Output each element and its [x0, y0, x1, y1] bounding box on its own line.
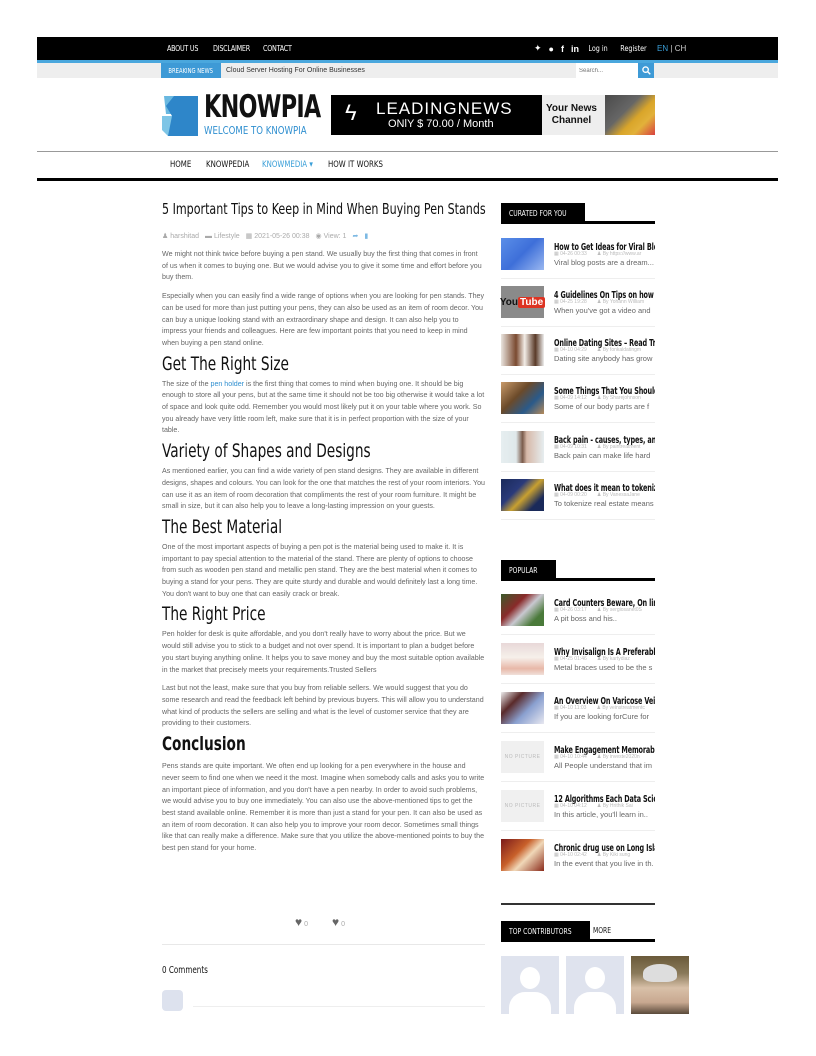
thumbnail — [501, 238, 544, 270]
comment-input-line[interactable] — [193, 1006, 485, 1007]
nav-knowpedia[interactable]: KNOWPEDIA — [206, 160, 250, 170]
thumbnail — [501, 839, 544, 871]
thumbnail-placeholder: NO PICTURE — [501, 741, 544, 773]
thumbnail — [501, 431, 544, 463]
thumbnail — [501, 643, 544, 675]
popular-item[interactable]: NO PICTURE Make Engagement Memorable Eve… — [501, 741, 655, 777]
thumbnail — [501, 594, 544, 626]
section-heading: The Best Material — [162, 516, 395, 538]
popular-item[interactable]: Why Invisalign Is A Preferable Choice ▦ … — [501, 643, 655, 679]
nav-home[interactable]: HOME — [170, 160, 198, 170]
section-heading: Conclusion — [162, 733, 395, 755]
top-right: ✦ ● f in Log in Register EN | CH — [534, 37, 686, 60]
contributor-avatar[interactable] — [566, 956, 624, 1014]
paragraph: One of the most important aspects of buy… — [162, 542, 485, 601]
paragraph: Pens stands are quite important. We ofte… — [162, 761, 485, 855]
breaking-news-bar: BREAKING NEWS Cloud Server Hosting For O… — [37, 63, 778, 78]
lightning-icon: ϟ — [345, 100, 357, 126]
ad-dark-panel: ϟ LEADINGNEWS ONlY $ 70.00 / Month — [331, 95, 542, 135]
thumbnail: YouTube — [501, 286, 544, 318]
register-link[interactable]: Register — [620, 44, 646, 53]
lang-separator: | — [670, 44, 672, 53]
section-heading: Get The Right Size — [162, 353, 395, 375]
search-button[interactable] — [638, 63, 654, 78]
curated-item[interactable]: Back pain - causes, types, and treatment… — [501, 431, 655, 467]
nav-knowmedia[interactable]: KNOWMEDIA ▾ — [262, 160, 313, 170]
like-button[interactable]: ♥ 0 — [295, 915, 308, 929]
views: ◉ View: 1 — [316, 232, 347, 240]
nav-how-it-works[interactable]: HOW IT WORKS — [328, 160, 383, 170]
section-heading: Variety of Shapes and Designs — [162, 440, 395, 462]
search-input[interactable] — [576, 63, 638, 78]
popular-item[interactable]: An Overview On Varicose Veins ▦ 04-10 11… — [501, 692, 655, 728]
broken-heart-icon: ♥ — [332, 915, 339, 929]
curated-item[interactable]: YouTube 4 Guidelines On Tips on how to G… — [501, 286, 655, 322]
article: 5 Important Tips to Keep in Mind When Bu… — [162, 200, 485, 855]
telegram-icon[interactable]: ● — [549, 44, 554, 54]
article-meta: ♟ harshitad ▬ Lifestyle ▦ 2021-05-26 00:… — [162, 230, 485, 242]
login-link[interactable]: Log in — [588, 44, 607, 53]
twitter-icon[interactable]: ✦ — [534, 43, 542, 54]
calendar-icon: ▦ — [554, 251, 559, 257]
contributor-avatar[interactable] — [501, 956, 559, 1014]
comment-avatar — [162, 990, 183, 1011]
top-bar: ABOUT US DISCLAIMER CONTACT ✦ ● f in Log… — [37, 37, 778, 60]
curated-item[interactable]: Some Things That You Should Know ▦ 04-09… — [501, 382, 655, 418]
ad-light-panel: Your News Channel — [542, 95, 655, 135]
paragraph: The size of the pen holder is the first … — [162, 379, 485, 438]
linkedin-icon[interactable]: in — [571, 44, 579, 54]
contributor-avatar[interactable] — [631, 956, 689, 1014]
author[interactable]: ♟ harshitad — [162, 232, 199, 240]
calendar-icon: ▦ — [246, 233, 253, 240]
header-divider — [37, 151, 778, 152]
heart-icon: ♥ — [295, 915, 302, 929]
paragraph: Pen holder for desk is quite affordable,… — [162, 629, 485, 676]
breaking-news-headline[interactable]: Cloud Server Hosting For Online Business… — [226, 63, 365, 78]
category[interactable]: ▬ Lifestyle — [205, 233, 240, 240]
thumbnail — [501, 334, 544, 366]
ad-brand: LEADINGNEWS — [376, 99, 513, 119]
main-nav: HOME KNOWPEDIA KNOWMEDIA ▾ HOW IT WORKS — [170, 152, 398, 178]
curated-item[interactable]: How to Get Ideas for Viral Blog Posts ▦ … — [501, 238, 655, 274]
dislike-button[interactable]: ♥ 0 — [332, 915, 345, 929]
curated-item[interactable]: Online Dating Sites – Read True Reviews … — [501, 334, 655, 370]
top-nav-disclaimer[interactable]: DISCLAIMER — [213, 44, 245, 53]
top-nav-contact[interactable]: CONTACT — [263, 44, 292, 53]
user-icon: ♟ — [162, 233, 168, 240]
section-heading: The Right Price — [162, 603, 395, 625]
popular-widget-title: POPULAR — [501, 560, 655, 581]
votes: ♥ 0 ♥ 0 — [295, 915, 345, 929]
logo-name: KNOWPIA — [204, 89, 320, 125]
contributors-more-link[interactable]: MORE — [593, 926, 611, 935]
top-nav: ABOUT US DISCLAIMER CONTACT — [167, 37, 299, 60]
curated-item[interactable]: What does it mean to tokenize real estat… — [501, 479, 655, 515]
ad-side-text: Your News Channel — [546, 103, 597, 127]
pen-holder-link[interactable]: pen holder — [211, 380, 245, 388]
thumbnail-placeholder: NO PICTURE — [501, 790, 544, 822]
folder-icon: ▬ — [205, 233, 212, 240]
logo-mark-icon — [162, 94, 200, 136]
curated-widget-title: CURATED FOR YOU — [501, 203, 655, 224]
lang-ch[interactable]: CH — [675, 44, 687, 53]
paragraph: As mentioned earlier, you can find a wid… — [162, 466, 485, 513]
contributors-widget-title: TOP CONTRIBUTORS MORE — [501, 921, 655, 942]
search-icon — [642, 66, 651, 75]
ad-banner[interactable]: ϟ LEADINGNEWS ONlY $ 70.00 / Month Your … — [331, 95, 655, 135]
share-icon[interactable]: ➦ — [352, 232, 358, 240]
top-nav-about[interactable]: ABOUT US — [167, 44, 196, 53]
comments-count: 0 Comments — [162, 965, 208, 976]
nav-bottom-rule — [37, 178, 778, 181]
facebook-icon[interactable]: f — [561, 44, 564, 54]
article-title: 5 Important Tips to Keep in Mind When Bu… — [162, 200, 401, 222]
paragraph: Especially when you can easily find a wi… — [162, 291, 485, 350]
popular-item[interactable]: Chronic drug use on Long Island ▦ 04-10 … — [501, 839, 655, 875]
lang-en[interactable]: EN — [657, 44, 668, 53]
eye-icon: ◉ — [316, 233, 322, 240]
thumbnail — [501, 479, 544, 511]
thumbnail — [501, 382, 544, 414]
popular-item[interactable]: NO PICTURE 12 Algorithms Each Data Scien… — [501, 790, 655, 826]
popular-bottom-rule — [501, 903, 655, 905]
ad-photo — [605, 95, 655, 135]
ad-price: ONlY $ 70.00 / Month — [388, 118, 494, 130]
thumbnail — [501, 692, 544, 724]
date: ▦ 2021-05-26 00:38 — [246, 232, 310, 240]
logo-tagline: WELCOME TO KNOWPIA — [204, 124, 307, 137]
divider — [162, 944, 485, 945]
paragraph: Last but not the least, make sure that y… — [162, 683, 485, 730]
popular-item[interactable]: Card Counters Beware, On line casinos ▦ … — [501, 594, 655, 630]
breaking-news-label: BREAKING NEWS — [161, 63, 221, 78]
paragraph: We might not think twice before buying a… — [162, 249, 485, 284]
bookmark-icon[interactable]: ▮ — [364, 232, 368, 240]
